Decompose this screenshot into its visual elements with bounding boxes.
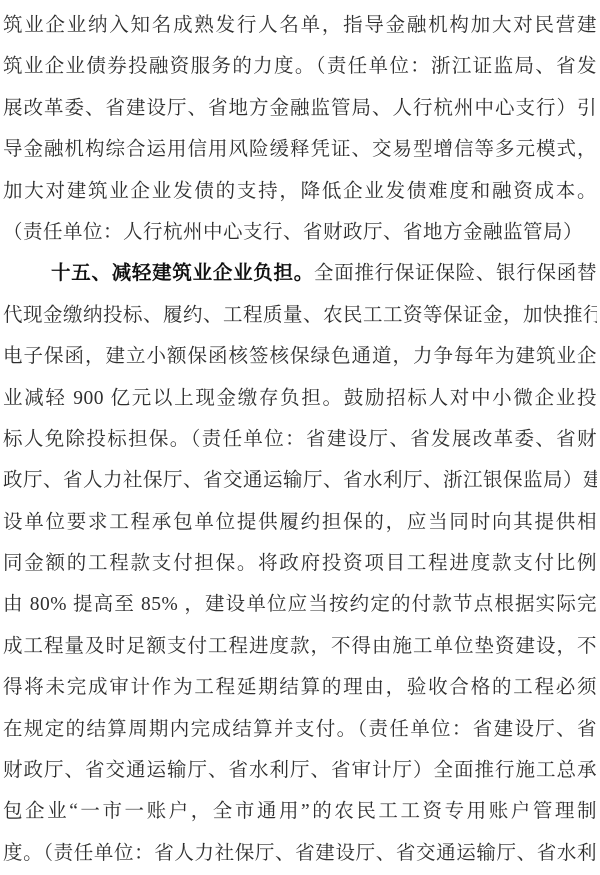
line-text: 筑业企业纳入知名成熟发行人名单，指导金融机构加大对民营建 — [3, 15, 597, 36]
text-line: 成工程量及时足额支付工程进度款，不得由施工单位垫资建设，不 — [3, 626, 597, 667]
document-lines: 筑业企业纳入知名成熟发行人名单，指导金融机构加大对民营建筑业企业债券投融资服务的… — [3, 5, 597, 874]
line-text: （责任单位：人行杭州中心支行、省财政厅、省地方金融监管局） — [3, 222, 583, 243]
document-page: 筑业企业纳入知名成熟发行人名单，指导金融机构加大对民营建筑业企业债券投融资服务的… — [0, 0, 600, 875]
line-text: 设单位要求工程承包单位提供履约担保的，应当同时向其提供相 — [3, 512, 597, 533]
text-line: 得将未完成审计作为工程延期结算的理由，验收合格的工程必须 — [3, 667, 597, 708]
text-line: 标人免除投标担保。（责任单位：省建设厅、省发展改革委、省财 — [3, 419, 597, 460]
text-line: 在规定的结算周期内完成结算并支付。（责任单位：省建设厅、省 — [3, 709, 597, 750]
line-text: 导金融机构综合运用信用风险缓释凭证、交易型增信等多元模式， — [3, 139, 597, 160]
line-text: 标人免除投标担保。（责任单位：省建设厅、省发展改革委、省财 — [3, 429, 597, 450]
text-line: 财政厅、省交通运输厅、省水利厅、省审计厅）全面推行施工总承 — [3, 750, 597, 791]
line-text: 在规定的结算周期内完成结算并支付。（责任单位：省建设厅、省 — [3, 719, 597, 740]
text-line: 筑业企业纳入知名成熟发行人名单，指导金融机构加大对民营建 — [3, 5, 597, 46]
line-text: 同金额的工程款支付担保。将政府投资项目工程进度款支付比例 — [3, 553, 597, 574]
text-line: 十五、减轻建筑业企业负担。全面推行保证保险、银行保函替 — [3, 253, 597, 294]
line-text: 代现金缴纳投标、履约、工程质量、农民工工资等保证金，加快推行 — [3, 305, 597, 326]
line-text: 电子保函，建立小额保函核签核保绿色通道，力争每年为建筑业企 — [3, 346, 597, 367]
line-text: 加大对建筑业企业发债的支持，降低企业发债难度和融资成本。 — [3, 181, 597, 202]
line-text: 得将未完成审计作为工程延期结算的理由，验收合格的工程必须 — [3, 677, 597, 698]
line-text: 业减轻 900 亿元以上现金缴存负担。鼓励招标人对中小微企业投 — [3, 388, 597, 409]
text-line: 展改革委、省建设厅、省地方金融监管局、人行杭州中心支行）引 — [3, 88, 597, 129]
text-line: 由 80% 提高至 85% ，建设单位应当按约定的付款节点根据实际完 — [3, 584, 597, 625]
line-text: 筑业企业债券投融资服务的力度。（责任单位：浙江证监局、省发 — [3, 56, 597, 77]
line-text: 全面推行保证保险、银行保函替 — [314, 263, 597, 284]
text-line: 业减轻 900 亿元以上现金缴存负担。鼓励招标人对中小微企业投 — [3, 378, 597, 419]
line-text: 成工程量及时足额支付工程进度款，不得由施工单位垫资建设，不 — [3, 636, 597, 657]
text-line: 设单位要求工程承包单位提供履约担保的，应当同时向其提供相 — [3, 502, 597, 543]
line-text: 度。（责任单位：省人力社保厅、省建设厅、省交通运输厅、省水利 — [3, 843, 597, 864]
section-heading: 十五、减轻建筑业企业负担。 — [51, 263, 314, 284]
text-line: 导金融机构综合运用信用风险缓释凭证、交易型增信等多元模式， — [3, 129, 597, 170]
text-line: 代现金缴纳投标、履约、工程质量、农民工工资等保证金，加快推行 — [3, 295, 597, 336]
line-text: 政厅、省人力社保厅、省交通运输厅、省水利厅、浙江银保监局）建 — [3, 470, 597, 491]
text-line: 度。（责任单位：省人力社保厅、省建设厅、省交通运输厅、省水利 — [3, 833, 597, 874]
text-line: 电子保函，建立小额保函核签核保绿色通道，力争每年为建筑业企 — [3, 336, 597, 377]
line-text: 由 80% 提高至 85% ，建设单位应当按约定的付款节点根据实际完 — [3, 594, 597, 615]
line-text: 财政厅、省交通运输厅、省水利厅、省审计厅）全面推行施工总承 — [3, 760, 597, 781]
text-line: 加大对建筑业企业发债的支持，降低企业发债难度和融资成本。 — [3, 171, 597, 212]
text-line: 包企业“一市一账户，全市通用”的农民工工资专用账户管理制 — [3, 791, 597, 832]
text-line: 政厅、省人力社保厅、省交通运输厅、省水利厅、浙江银保监局）建 — [3, 460, 597, 501]
line-text: 展改革委、省建设厅、省地方金融监管局、人行杭州中心支行）引 — [3, 98, 597, 119]
text-line: 筑业企业债券投融资服务的力度。（责任单位：浙江证监局、省发 — [3, 46, 597, 87]
line-text: 包企业“一市一账户，全市通用”的农民工工资专用账户管理制 — [3, 801, 597, 822]
text-line: （责任单位：人行杭州中心支行、省财政厅、省地方金融监管局） — [3, 212, 597, 253]
text-line: 同金额的工程款支付担保。将政府投资项目工程进度款支付比例 — [3, 543, 597, 584]
